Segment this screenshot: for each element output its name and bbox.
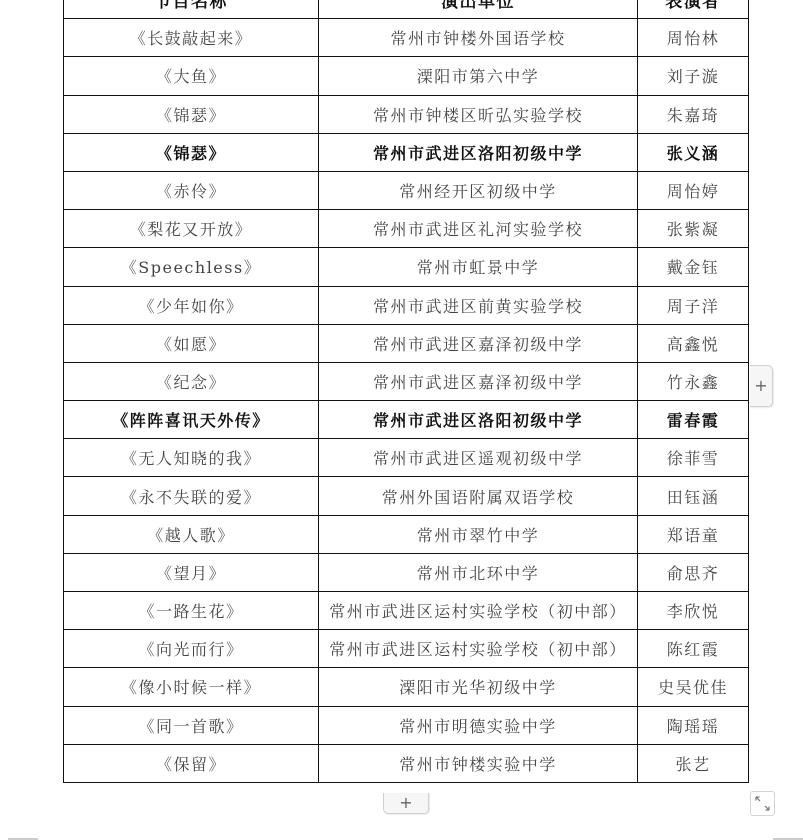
cell-program-name[interactable]: 《赤伶》 [64, 171, 319, 209]
cell-performer[interactable]: 陈红霞 [638, 630, 749, 668]
cell-program-name[interactable]: 《阵阵喜讯天外传》 [64, 401, 319, 439]
table-row: 《阵阵喜讯天外传》常州市武进区洛阳初级中学雷春霞 [64, 401, 749, 439]
cell-performing-unit[interactable]: 常州市武进区嘉泽初级中学 [319, 362, 638, 400]
table-row: 《锦瑟》常州市钟楼区昕弘实验学校朱嘉琦 [64, 95, 749, 133]
table-row: 《长鼓敲起来》常州市钟楼外国语学校周怡林 [64, 19, 749, 57]
table-row: 《少年如你》常州市武进区前黄实验学校周子洋 [64, 286, 749, 324]
cell-performer[interactable]: 俞思齐 [638, 553, 749, 591]
cell-program-name[interactable]: 《永不失联的爱》 [64, 477, 319, 515]
cell-program-name[interactable]: 《锦瑟》 [64, 95, 319, 133]
cell-performer[interactable]: 周怡林 [638, 19, 749, 57]
table-row: 《像小时候一样》溧阳市光华初级中学史吴优佳 [64, 668, 749, 706]
table-row: 《纪念》常州市武进区嘉泽初级中学竹永鑫 [64, 362, 749, 400]
cell-performing-unit[interactable]: 常州市武进区运村实验学校（初中部） [319, 630, 638, 668]
cell-performing-unit[interactable]: 溧阳市第六中学 [319, 57, 638, 95]
cell-performer[interactable]: 田钰涵 [638, 477, 749, 515]
cell-program-name[interactable]: 《像小时候一样》 [64, 668, 319, 706]
add-column-right-button[interactable]: + [750, 365, 773, 407]
cell-performing-unit[interactable]: 常州市武进区洛阳初级中学 [319, 133, 638, 171]
table-row: 《Speechless》常州市虹景中学戴金钰 [64, 248, 749, 286]
plus-icon: + [754, 376, 767, 395]
cell-performer[interactable]: 史吴优佳 [638, 668, 749, 706]
cell-performing-unit[interactable]: 常州市钟楼外国语学校 [319, 19, 638, 57]
cell-program-name[interactable]: 《Speechless》 [64, 248, 319, 286]
cell-performer[interactable]: 竹永鑫 [638, 362, 749, 400]
cell-performer[interactable]: 刘子漩 [638, 57, 749, 95]
cell-program-name[interactable]: 《纪念》 [64, 362, 319, 400]
cell-performing-unit[interactable]: 常州经开区初级中学 [319, 171, 638, 209]
table-row: 《永不失联的爱》常州外国语附属双语学校田钰涵 [64, 477, 749, 515]
cell-performer[interactable]: 雷春霞 [638, 401, 749, 439]
cell-performing-unit[interactable]: 常州市虹景中学 [319, 248, 638, 286]
table-row: 《同一首歌》常州市明德实验中学陶瑶瑶 [64, 706, 749, 744]
header-program-name[interactable]: 节目名称 [64, 0, 319, 19]
cell-program-name[interactable]: 《少年如你》 [64, 286, 319, 324]
cell-performing-unit[interactable]: 常州市武进区遥观初级中学 [319, 439, 638, 477]
table-row: 《保留》常州市钟楼实验中学张艺 [64, 744, 749, 782]
cell-performing-unit[interactable]: 溧阳市光华初级中学 [319, 668, 638, 706]
cell-performer[interactable]: 高鑫悦 [638, 324, 749, 362]
cell-program-name[interactable]: 《大鱼》 [64, 57, 319, 95]
cell-program-name[interactable]: 《同一首歌》 [64, 706, 319, 744]
cell-performing-unit[interactable]: 常州市武进区前黄实验学校 [319, 286, 638, 324]
table-row: 《越人歌》常州市翠竹中学郑语童 [64, 515, 749, 553]
cell-performer[interactable]: 周怡婷 [638, 171, 749, 209]
cell-performing-unit[interactable]: 常州市翠竹中学 [319, 515, 638, 553]
cell-performer[interactable]: 朱嘉琦 [638, 95, 749, 133]
cell-performing-unit[interactable]: 常州市明德实验中学 [319, 706, 638, 744]
cell-program-name[interactable]: 《保留》 [64, 744, 319, 782]
plus-icon: + [399, 793, 412, 812]
table-row: 《无人知晓的我》常州市武进区遥观初级中学徐菲雪 [64, 439, 749, 477]
cell-program-name[interactable]: 《向光而行》 [64, 630, 319, 668]
cell-program-name[interactable]: 《望月》 [64, 553, 319, 591]
table-row: 《大鱼》溧阳市第六中学刘子漩 [64, 57, 749, 95]
table-row: 《赤伶》常州经开区初级中学周怡婷 [64, 171, 749, 209]
cell-performing-unit[interactable]: 常州市武进区运村实验学校（初中部） [319, 592, 638, 630]
table-header-row: 节目名称 演出单位 表演者 [64, 0, 749, 19]
document-page: 节目名称 演出单位 表演者 《长鼓敲起来》常州市钟楼外国语学校周怡林《大鱼》溧阳… [0, 0, 803, 840]
cell-performing-unit[interactable]: 常州市钟楼实验中学 [319, 744, 638, 782]
cell-performing-unit[interactable]: 常州市武进区洛阳初级中学 [319, 401, 638, 439]
cell-program-name[interactable]: 《长鼓敲起来》 [64, 19, 319, 57]
header-performing-unit[interactable]: 演出单位 [319, 0, 638, 19]
add-row-below-button[interactable]: + [383, 793, 429, 814]
cell-performer[interactable]: 李欣悦 [638, 592, 749, 630]
table-resize-handle[interactable] [750, 791, 775, 816]
cell-program-name[interactable]: 《一路生花》 [64, 592, 319, 630]
cell-performer[interactable]: 张紫凝 [638, 210, 749, 248]
cell-program-name[interactable]: 《无人知晓的我》 [64, 439, 319, 477]
cell-program-name[interactable]: 《越人歌》 [64, 515, 319, 553]
cell-performing-unit[interactable]: 常州市北环中学 [319, 553, 638, 591]
cell-performer[interactable]: 周子洋 [638, 286, 749, 324]
table-body: 《长鼓敲起来》常州市钟楼外国语学校周怡林《大鱼》溧阳市第六中学刘子漩《锦瑟》常州… [64, 19, 749, 783]
cell-performing-unit[interactable]: 常州市武进区嘉泽初级中学 [319, 324, 638, 362]
table-row: 《如愿》常州市武进区嘉泽初级中学高鑫悦 [64, 324, 749, 362]
header-performer[interactable]: 表演者 [638, 0, 749, 19]
cell-performing-unit[interactable]: 常州市钟楼区昕弘实验学校 [319, 95, 638, 133]
cell-performer[interactable]: 张艺 [638, 744, 749, 782]
cell-performer[interactable]: 郑语童 [638, 515, 749, 553]
cell-performer[interactable]: 徐菲雪 [638, 439, 749, 477]
table-row: 《梨花又开放》常州市武进区礼河实验学校张紫凝 [64, 210, 749, 248]
resize-diagonal-icon [751, 792, 774, 815]
cell-performing-unit[interactable]: 常州市武进区礼河实验学校 [319, 210, 638, 248]
table-row: 《锦瑟》常州市武进区洛阳初级中学张义涵 [64, 133, 749, 171]
table-row: 《一路生花》常州市武进区运村实验学校（初中部）李欣悦 [64, 592, 749, 630]
table-row: 《向光而行》常州市武进区运村实验学校（初中部）陈红霞 [64, 630, 749, 668]
cell-program-name[interactable]: 《梨花又开放》 [64, 210, 319, 248]
cell-program-name[interactable]: 《锦瑟》 [64, 133, 319, 171]
program-table: 节目名称 演出单位 表演者 《长鼓敲起来》常州市钟楼外国语学校周怡林《大鱼》溧阳… [63, 0, 749, 783]
cell-performing-unit[interactable]: 常州外国语附属双语学校 [319, 477, 638, 515]
cell-performer[interactable]: 陶瑶瑶 [638, 706, 749, 744]
cell-program-name[interactable]: 《如愿》 [64, 324, 319, 362]
cell-performer[interactable]: 张义涵 [638, 133, 749, 171]
table-row: 《望月》常州市北环中学俞思齐 [64, 553, 749, 591]
cell-performer[interactable]: 戴金钰 [638, 248, 749, 286]
